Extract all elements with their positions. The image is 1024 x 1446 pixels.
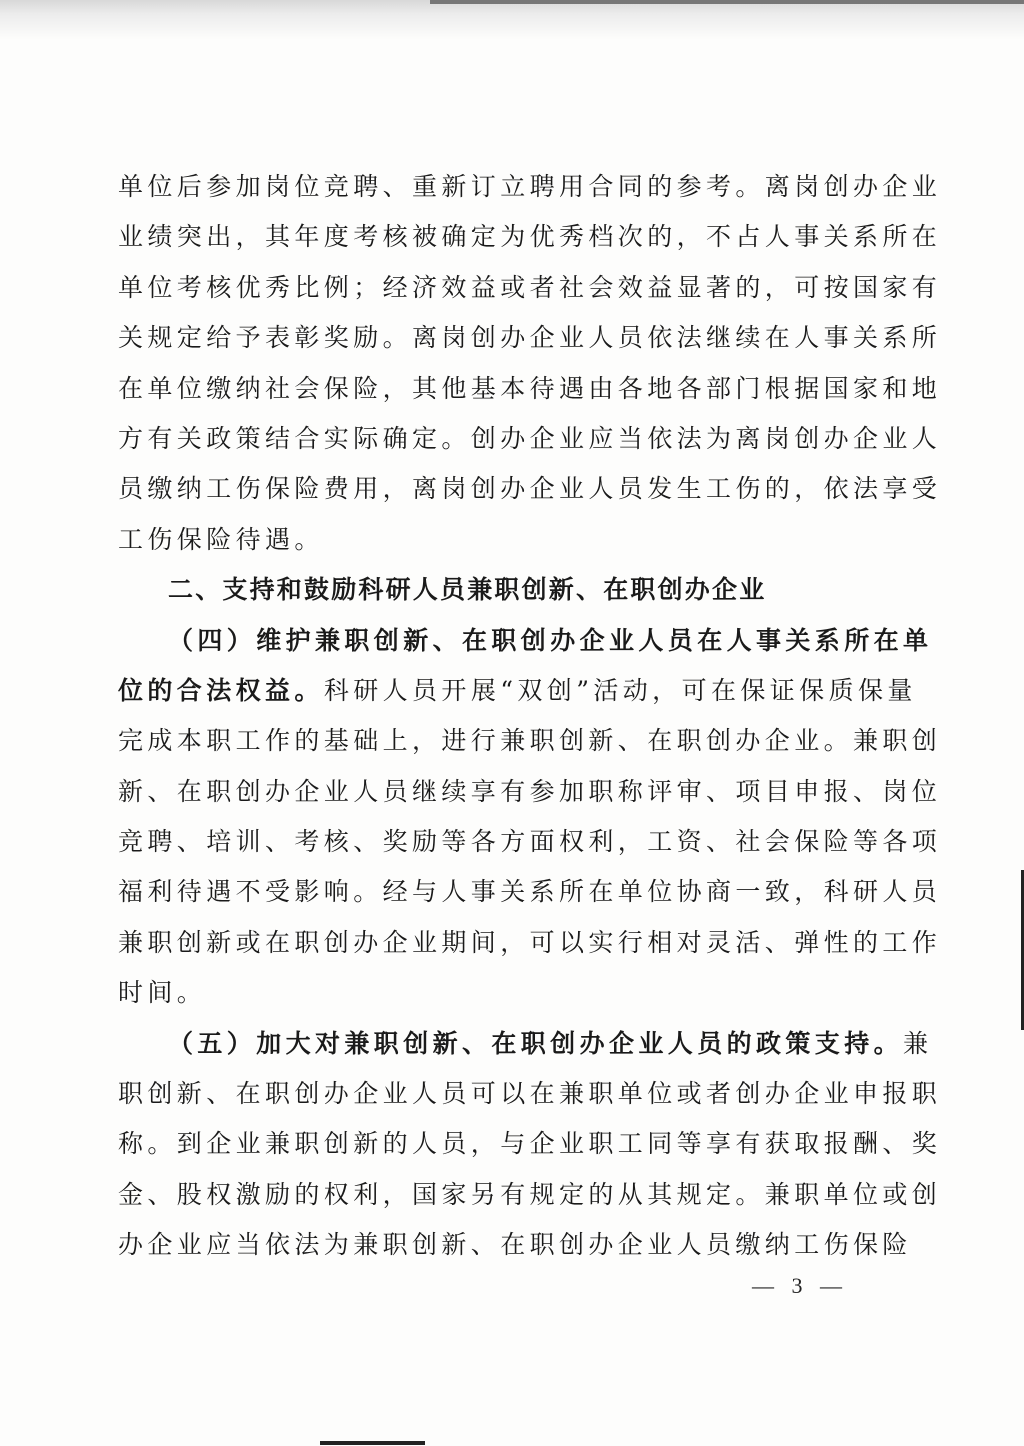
item-4-line: 竞聘、培训、考核、奖励等各方面权利，工资、社会保险等各项 <box>118 817 870 867</box>
scan-edge-bottom <box>320 1441 425 1445</box>
section-heading: 二、支持和鼓励科研人员兼职创新、在职创办企业 <box>118 565 870 615</box>
item-4-line: 福利待遇不受影响。经与人事关系所在单位协商一致，科研人员 <box>118 867 870 917</box>
page-number: — 3 — <box>752 1273 848 1299</box>
paragraph-line: 员缴纳工伤保险费用，离岗创办企业人员发生工伤的，依法享受 <box>118 464 870 514</box>
document-body: 单位后参加岗位竞聘、重新订立聘用合同的参考。离岗创办企业 业绩突出，其年度考核被… <box>118 162 870 1271</box>
item-4-title-line: （四）维护兼职创新、在职创办企业人员在人事关系所在单 <box>118 616 870 666</box>
paragraph-line: 关规定给予表彰奖励。离岗创办企业人员依法继续在人事关系所 <box>118 313 870 363</box>
paragraph-line: 单位后参加岗位竞聘、重新订立聘用合同的参考。离岗创办企业 <box>118 162 870 212</box>
item-5-line: 办企业应当依法为兼职创新、在职创办企业人员缴纳工伤保险 <box>118 1220 870 1270</box>
paragraph-line: 单位考核优秀比例；经济效益或者社会效益显著的，可按国家有 <box>118 263 870 313</box>
item-5-title: （五）加大对兼职创新、在职创办企业人员的政策支持。 <box>168 1029 903 1058</box>
item-4-line: 时间。 <box>118 968 870 1018</box>
item-5-line: 职创新、在职创办企业人员可以在兼职单位或者创办企业申报职 <box>118 1069 870 1119</box>
item-4-line: 位的合法权益。科研人员开展“双创”活动，可在保证保质保量 <box>118 666 870 716</box>
item-4-line: 新、在职创办企业人员继续享有参加职称评审、项目申报、岗位 <box>118 767 870 817</box>
item-4-title-cont: 位的合法权益。 <box>118 676 324 705</box>
item-4-title: （四）维护兼职创新、在职创办企业人员在人事关系所在单 <box>168 626 932 655</box>
scan-edge-top <box>430 0 1024 4</box>
item-4-line: 兼职创新或在职创办企业期间，可以实行相对灵活、弹性的工作 <box>118 918 870 968</box>
item-5-line: 金、股权激励的权利，国家另有规定的从其规定。兼职单位或创 <box>118 1170 870 1220</box>
paragraph-line: 工伤保险待遇。 <box>118 515 870 565</box>
item-5-title-line: （五）加大对兼职创新、在职创办企业人员的政策支持。兼 <box>118 1019 870 1069</box>
item-5-text: 兼 <box>903 1029 932 1058</box>
item-4-line: 完成本职工作的基础上，进行兼职创新、在职创办企业。兼职创 <box>118 716 870 766</box>
paragraph-line: 方有关政策结合实际确定。创办企业应当依法为离岗创办企业人 <box>118 414 870 464</box>
paragraph-line: 在单位缴纳社会保险，其他基本待遇由各地各部门根据国家和地 <box>118 364 870 414</box>
paragraph-line: 业绩突出，其年度考核被确定为优秀档次的，不占人事关系所在 <box>118 212 870 262</box>
item-5-line: 称。到企业兼职创新的人员，与企业职工同等享有获取报酬、奖 <box>118 1119 870 1169</box>
item-4-text: 科研人员开展“双创”活动，可在保证保质保量 <box>324 676 917 705</box>
scan-shadow-top <box>0 0 1024 40</box>
